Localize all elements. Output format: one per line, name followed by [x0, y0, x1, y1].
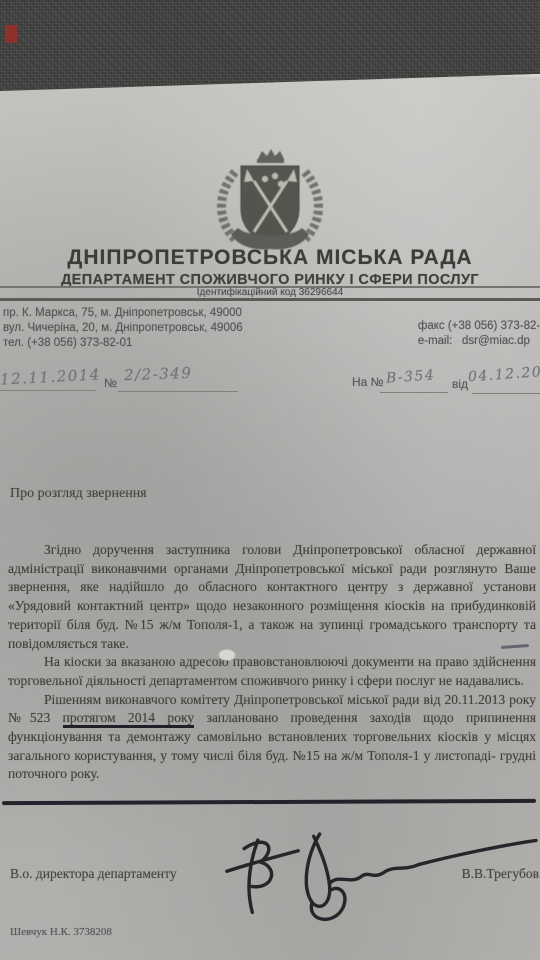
city-coat-of-arms-icon — [205, 146, 335, 258]
handwritten-incoming-date: 04.12.2014 — [468, 363, 540, 386]
phone-line: тел. (+38 056) 373-82-01 — [3, 336, 243, 351]
reply-date-field-line — [472, 393, 540, 394]
email-line: e-mail: dsr@miac.dp — [418, 334, 540, 349]
paper-top-edge — [0, 56, 540, 80]
paragraph-3: Рішенням виконавчого комітету Дніпропетр… — [8, 691, 536, 785]
organization-name: ДНІПРОПЕТРОВСЬКА МІСЬКА РАДА — [0, 246, 540, 270]
divider-line — [0, 298, 540, 301]
subject-line: Про розгляд звернення — [10, 486, 147, 502]
letter-body: Згідно доручення заступника голови Дніпр… — [8, 541, 536, 784]
handwritten-incoming-number: В-354 — [386, 367, 436, 386]
pen-underlined-phrase: протягом 2014 року — [63, 710, 195, 728]
email-label: e-mail: — [418, 335, 453, 347]
reply-to-label: На № — [352, 375, 384, 389]
fax-email-block: факс (+38 056) 373-82-01 e-mail: dsr@mia… — [418, 319, 540, 349]
number-field-line — [118, 391, 238, 392]
handwritten-outgoing-date: 12.11.2014 — [0, 365, 101, 388]
address-block: пр. К. Маркса, 75, м. Дніпропетровськ, 4… — [3, 306, 243, 350]
correction-fluid-spot — [218, 649, 236, 661]
pen-underline-full-width — [2, 799, 536, 805]
fax-line: факс (+38 056) 373-82-01 — [418, 319, 540, 334]
signer-position: В.о. директора департаменту — [10, 866, 177, 882]
address-line: пр. К. Маркса, 75, м. Дніпропетровськ, 4… — [3, 306, 243, 321]
address-line: вул. Чичеріна, 20, м. Дніпропетровськ, 4… — [3, 321, 243, 336]
reply-number-field-line — [380, 392, 448, 393]
executor-reference: Шевчук Н.К. 3738208 — [10, 926, 112, 938]
handwritten-outgoing-number: 2/2-349 — [124, 364, 193, 384]
red-marker-tab — [5, 25, 17, 43]
photo-of-official-letter: ДНІПРОПЕТРОВСЬКА МІСЬКА РАДА ДЕПАРТАМЕНТ… — [0, 0, 540, 960]
date-field-line — [0, 390, 96, 391]
email-value: dsr@miac.dp — [462, 335, 530, 347]
identification-code: Ідентифікаційний код 36296644 — [0, 287, 540, 298]
handwritten-signature — [213, 814, 540, 930]
from-date-label: від — [452, 377, 468, 391]
paragraph-2: На кіоски за вказаною адресою правовстан… — [8, 653, 536, 690]
document-paper: ДНІПРОПЕТРОВСЬКА МІСЬКА РАДА ДЕПАРТАМЕНТ… — [0, 0, 540, 960]
number-label: № — [104, 376, 117, 390]
paragraph-1: Згідно доручення заступника голови Дніпр… — [8, 541, 536, 653]
